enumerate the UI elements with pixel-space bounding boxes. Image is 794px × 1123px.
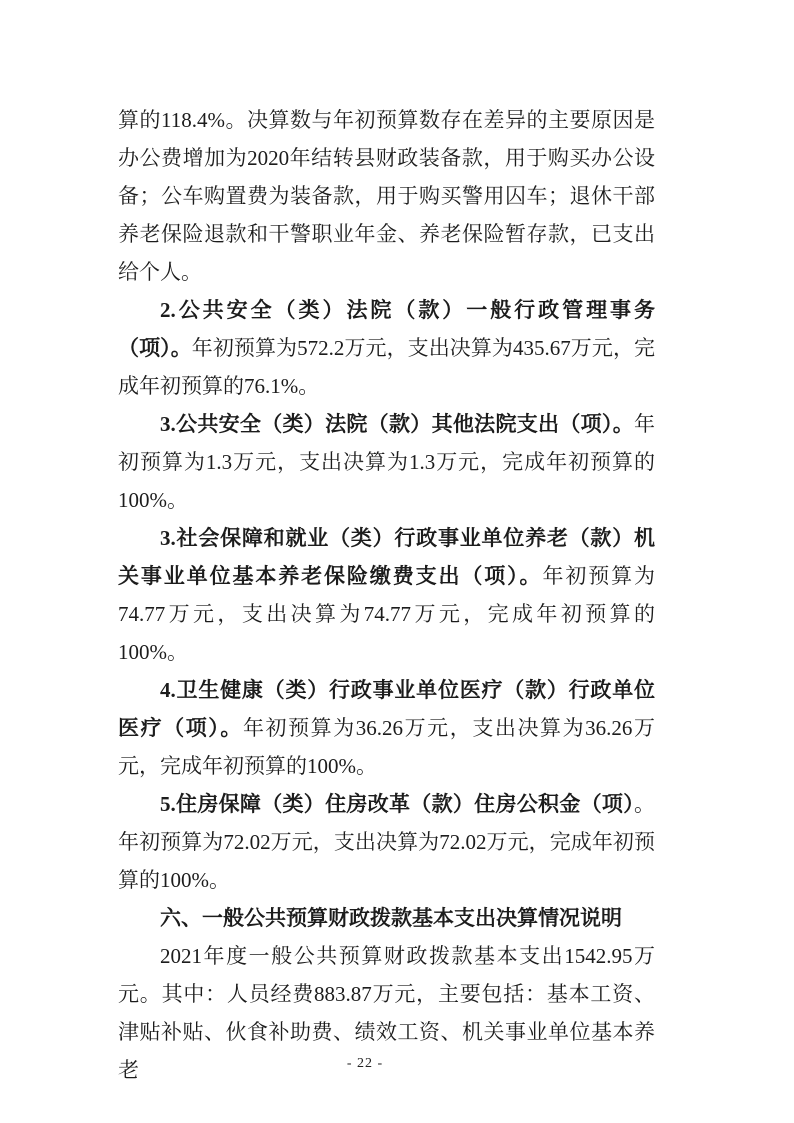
section-heading-6: 六、一般公共预算财政拨款基本支出决算情况说明 — [118, 899, 655, 937]
paragraph-item-2-court-admin: 2.公共安全（类）法院（款）一般行政管理事务（项）。年初预算为572.2万元，支… — [118, 291, 655, 405]
paragraph-item-3-other-court: 3.公共安全（类）法院（款）其他法院支出（项）。年初预算为1.3万元，支出决算为… — [118, 405, 655, 519]
paragraph-lead: 5.住房保障（类）住房改革（款）住房公积金（项） — [160, 792, 634, 816]
document-body: 算的118.4%。决算数与年初预算数存在差异的主要原因是办公费增加为2020年结… — [118, 101, 655, 1089]
paragraph-text: 年初预算为572.2万元，支出决算为435.67万元，完成年初预算的76.1%。 — [118, 336, 655, 398]
paragraph-item-3-social-security: 3.社会保障和就业（类）行政事业单位养老（款）机关事业单位基本养老保险缴费支出（… — [118, 519, 655, 671]
paragraph-item-4-health: 4.卫生健康（类）行政事业单位医疗（款）行政单位医疗（项）。年初预算为36.26… — [118, 671, 655, 785]
document-page: 算的118.4%。决算数与年初预算数存在差异的主要原因是办公费增加为2020年结… — [0, 0, 794, 1123]
section-heading-text: 六、一般公共预算财政拨款基本支出决算情况说明 — [160, 906, 622, 930]
paragraph-continuation: 算的118.4%。决算数与年初预算数存在差异的主要原因是办公费增加为2020年结… — [118, 101, 655, 291]
paragraph-lead: 3.公共安全（类）法院（款）其他法院支出（项）。 — [160, 412, 634, 436]
page-number: - 22 - — [0, 1056, 730, 1072]
paragraph-item-5-housing: 5.住房保障（类）住房改革（款）住房公积金（项）。年初预算为72.02万元，支出… — [118, 785, 655, 899]
paragraph-text: 算的118.4%。决算数与年初预算数存在差异的主要原因是办公费增加为2020年结… — [118, 108, 655, 284]
